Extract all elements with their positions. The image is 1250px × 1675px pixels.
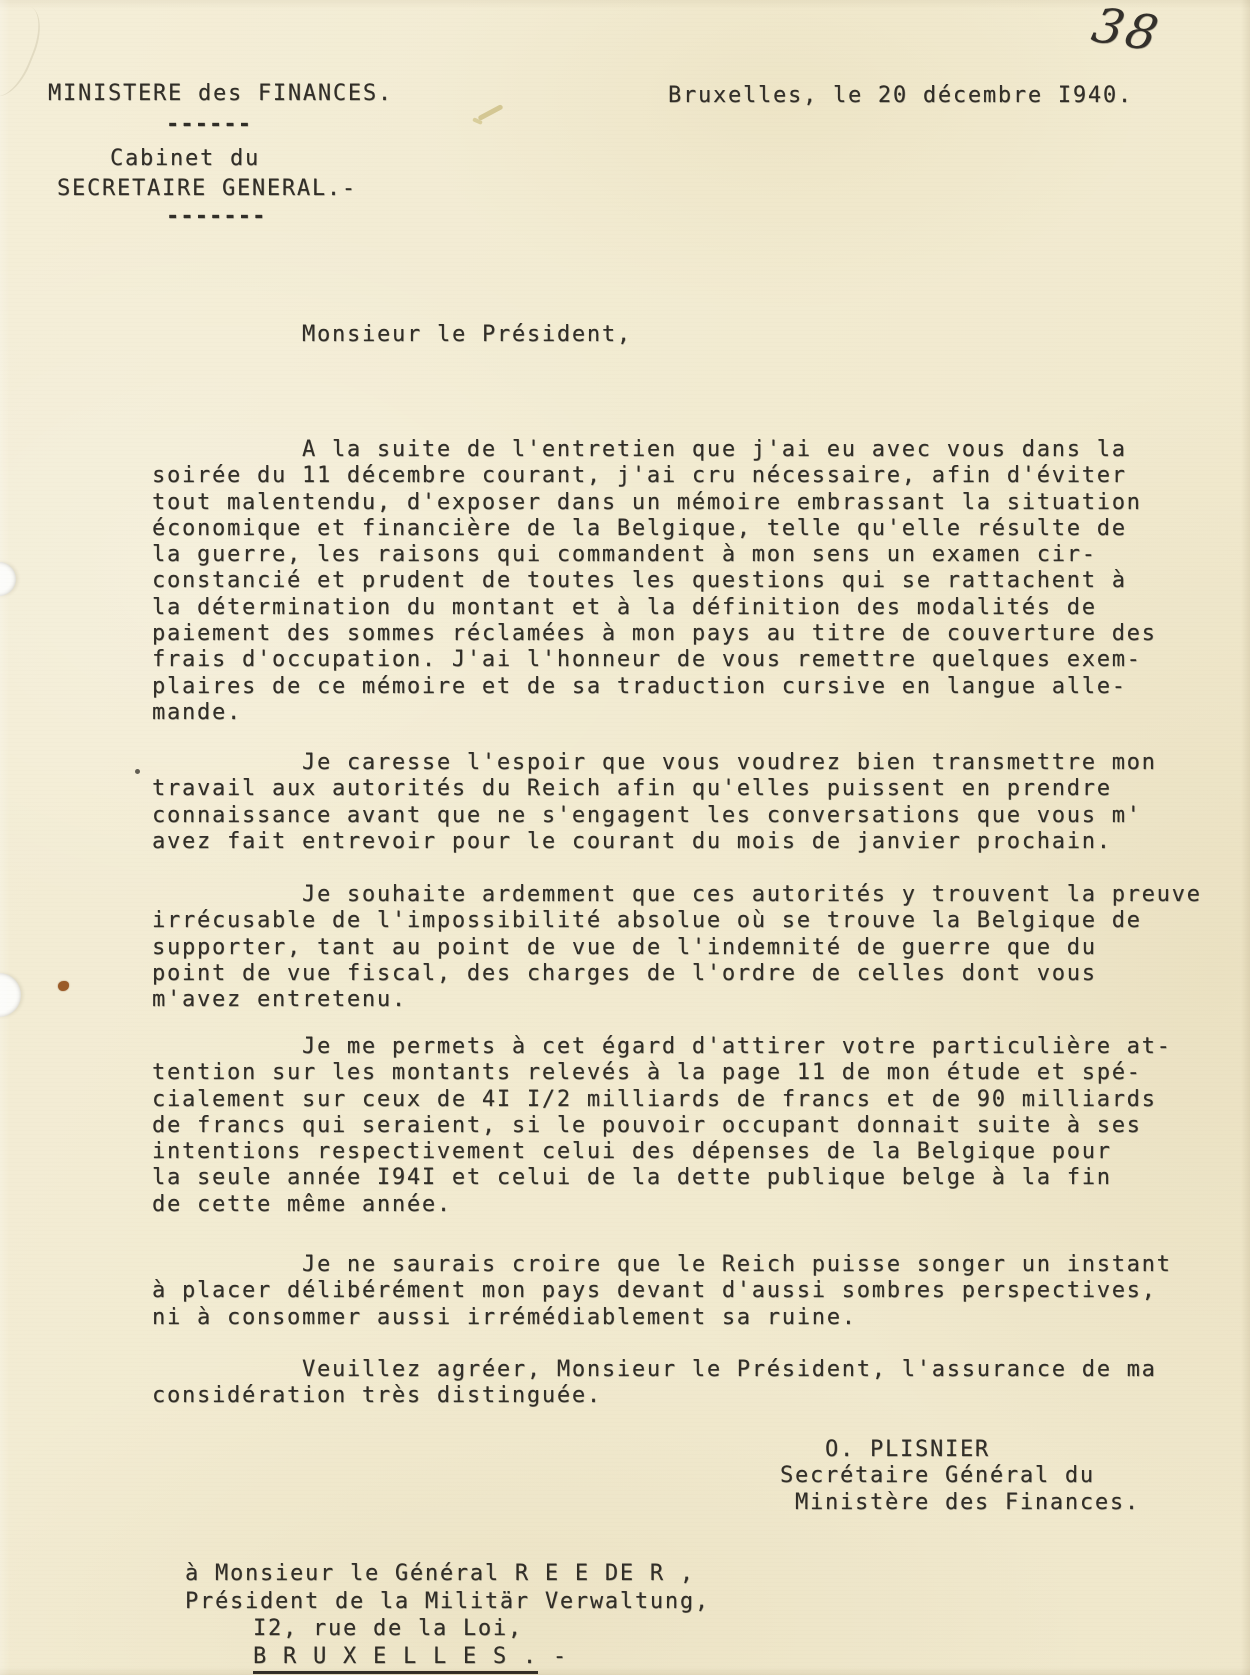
recipient-street-line: I2, rue de la Loi, bbox=[185, 1615, 710, 1643]
paragraph-1: A la suite de l'entretien que j'ai eu av… bbox=[152, 437, 1157, 726]
signature-block: O. PLISNIER Secrétaire Général du Minist… bbox=[780, 1437, 1140, 1516]
scanned-letter-page: 38 MINISTERE des FINANCES. ------ Cabine… bbox=[0, 0, 1250, 1675]
closing-formula: Veuillez agréer, Monsieur le Président, … bbox=[152, 1357, 1157, 1410]
handwritten-page-number: 38 bbox=[1087, 0, 1166, 63]
separator-dashes: ------- bbox=[166, 204, 266, 230]
separator-dashes: ------ bbox=[166, 112, 252, 138]
ink-speck bbox=[135, 769, 140, 774]
salutation: Monsieur le Président, bbox=[302, 322, 632, 348]
recipient-block: à Monsieur le Général R E E DE R , Prési… bbox=[185, 1560, 710, 1670]
paper-crease bbox=[0, 0, 50, 103]
recipient-title-line: Président de la Militär Verwaltung, bbox=[185, 1588, 710, 1616]
paragraph-4: Je me permets à cet égard d'attirer votr… bbox=[152, 1034, 1172, 1218]
secretary-general-line: SECRETAIRE GENERAL.- bbox=[57, 176, 357, 202]
punch-hole-top bbox=[0, 562, 16, 596]
recipient-city-line: B R U X E L L E S . - bbox=[185, 1643, 710, 1671]
paragraph-2: Je caresse l'espoir que vous voudrez bie… bbox=[152, 750, 1157, 855]
pencil-tick-mark bbox=[477, 104, 503, 121]
recipient-name-line: à Monsieur le Général R E E DE R , bbox=[185, 1560, 710, 1588]
recipient-city-suffix: - bbox=[538, 1644, 568, 1669]
punch-hole-bottom bbox=[0, 973, 21, 1017]
paragraph-3: Je souhaite ardemment que ces autorités … bbox=[152, 882, 1202, 1013]
rust-speck bbox=[58, 981, 69, 991]
dateline: Bruxelles, le 20 décembre I940. bbox=[668, 83, 1133, 109]
ministry-name: MINISTERE des FINANCES. bbox=[48, 81, 393, 107]
paragraph-5: Je ne saurais croire que le Reich puisse… bbox=[152, 1252, 1172, 1331]
cabinet-line: Cabinet du bbox=[110, 146, 260, 172]
recipient-city-underlined: B R U X E L L E S . bbox=[253, 1644, 538, 1674]
